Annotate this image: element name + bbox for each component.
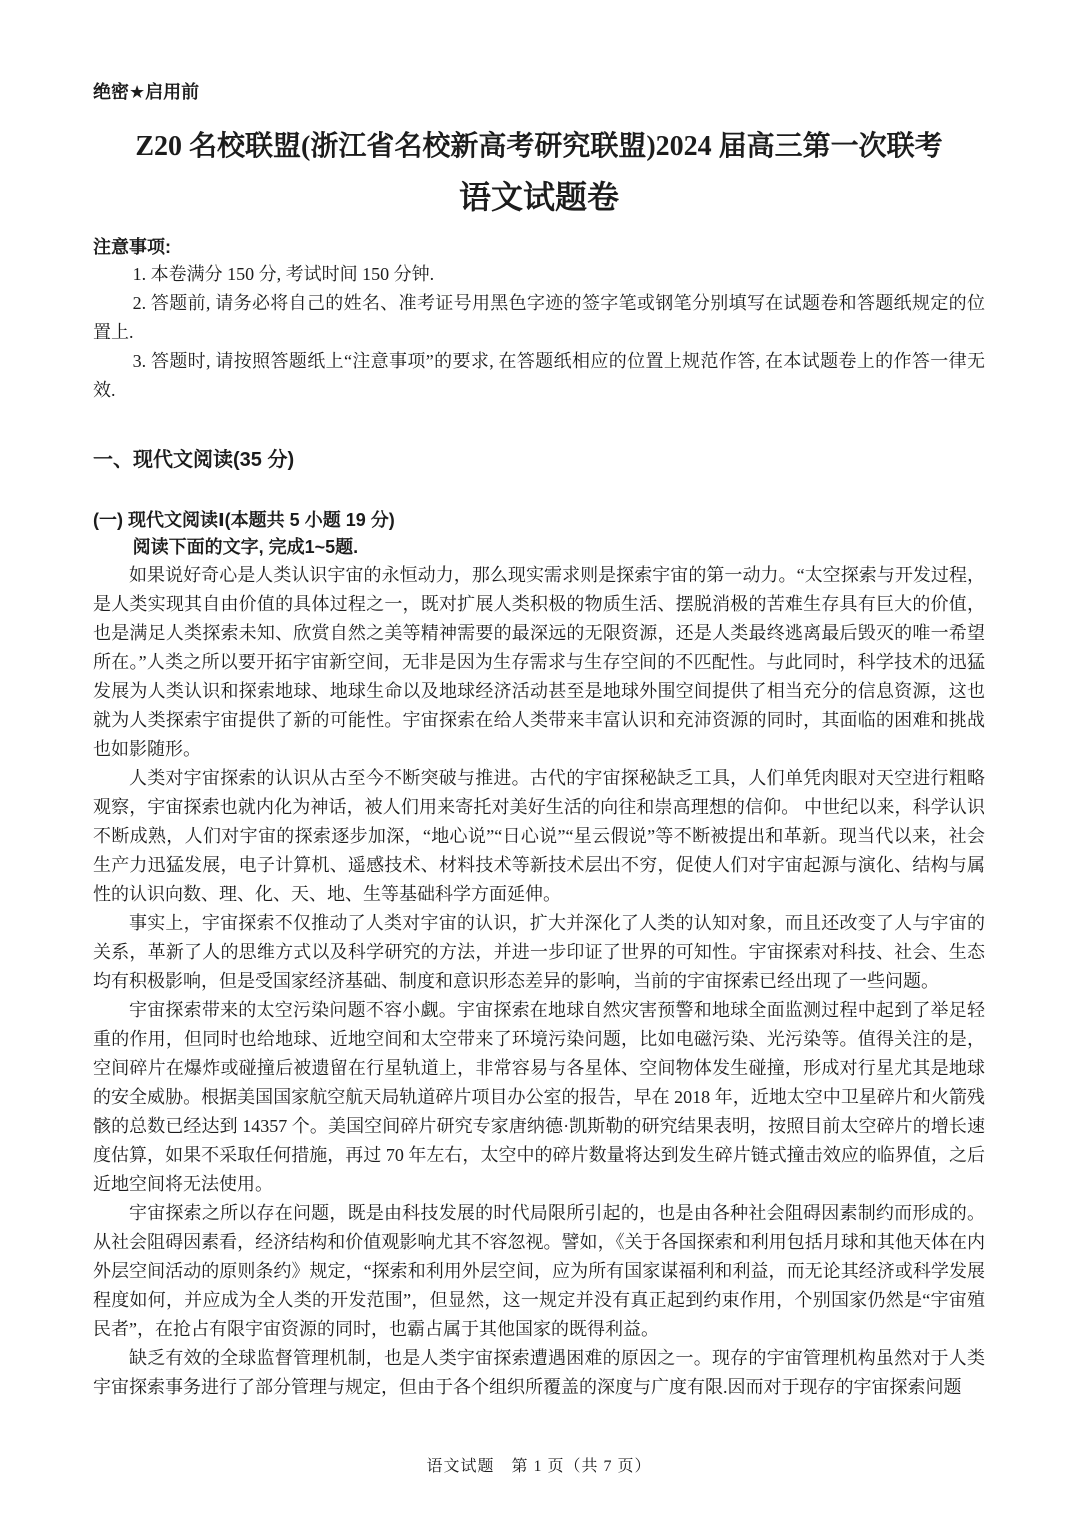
exam-paper-page: 绝密★启用前 Z20 名校联盟(浙江省名校新高考研究联盟)2024 届高三第一次… <box>0 0 1080 1526</box>
page-footer: 语文试题 第 1 页（共 7 页） <box>93 1456 985 1478</box>
notice-heading: 注意事项: <box>93 234 985 260</box>
reading-passage: 如果说好奇心是人类认识宇宙的永恒动力，那么现实需求则是探索宇宙的第一动力。“太空… <box>93 561 985 1402</box>
passage-paragraph: 事实上，宇宙探索不仅推动了人类对宇宙的认识，扩大并深化了人类的认知对象，而且还改… <box>93 909 985 996</box>
passage-paragraph: 如果说好奇心是人类认识宇宙的永恒动力，那么现实需求则是探索宇宙的第一动力。“太空… <box>93 561 985 764</box>
passage-instruction: 阅读下面的文字, 完成1~5题. <box>93 533 985 561</box>
exam-title: Z20 名校联盟(浙江省名校新高考研究联盟)2024 届高三第一次联考 <box>93 130 985 164</box>
paper-title: 语文试题卷 <box>93 178 985 216</box>
section-heading-modern-reading: 一、现代文阅读(35 分) <box>93 447 985 473</box>
passage-paragraph: 宇宙探索带来的太空污染问题不容小觑。宇宙探索在地球自然灾害预警和地球全面监测过程… <box>93 996 985 1199</box>
classification-label: 绝密★启用前 <box>93 80 985 104</box>
part-heading-reading-1: (一) 现代文阅读Ⅰ(本题共 5 小题 19 分) <box>93 507 985 533</box>
passage-paragraph: 宇宙探索之所以存在问题，既是由科技发展的时代局限所引起的，也是由各种社会阻碍因素… <box>93 1199 985 1344</box>
notice-item: 1. 本卷满分 150 分, 考试时间 150 分钟. <box>93 260 985 289</box>
notice-section: 注意事项: 1. 本卷满分 150 分, 考试时间 150 分钟. 2. 答题前… <box>93 234 985 405</box>
passage-paragraph: 人类对宇宙探索的认识从古至今不断突破与推进。古代的宇宙探秘缺乏工具，人们单凭肉眼… <box>93 764 985 909</box>
notice-item: 3. 答题时, 请按照答题纸上“注意事项”的要求, 在答题纸相应的位置上规范作答… <box>93 347 985 405</box>
passage-paragraph: 缺乏有效的全球监督管理机制，也是人类宇宙探索遭遇困难的原因之一。现存的宇宙管理机… <box>93 1344 985 1402</box>
notice-item: 2. 答题前, 请务必将自己的姓名、准考证号用黑色字迹的签字笔或钢笔分别填写在试… <box>93 289 985 347</box>
